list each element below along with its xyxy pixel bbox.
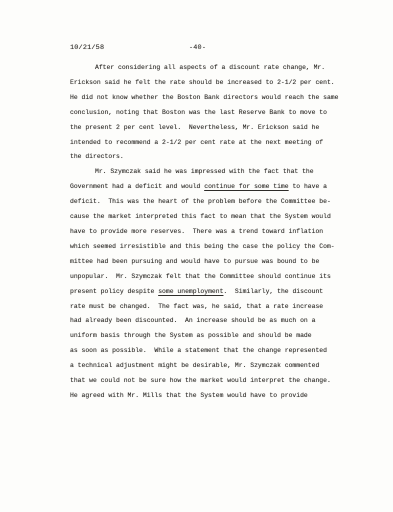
paragraph-1: After considering all aspects of a disco…: [70, 61, 362, 165]
page-number: -40-: [189, 44, 206, 53]
paragraph-2-text-2: to have a deficit. This was the heart of…: [70, 183, 335, 294]
document-body: After considering all aspects of a disco…: [70, 61, 362, 404]
underlined-phrase-1: continue for some time: [204, 183, 288, 190]
underlined-phrase-2: some unemployment: [158, 288, 223, 295]
document-page: 10/21/58-40- After considering all aspec…: [0, 0, 393, 512]
header-date: 10/21/58: [70, 44, 104, 53]
typewritten-sheet: 10/21/58-40- After considering all aspec…: [70, 44, 362, 404]
paragraph-2-text-3: . Similarly, the discount rate must be c…: [70, 288, 331, 399]
page-header: 10/21/58-40-: [70, 44, 362, 53]
paragraph-2: Mr. Szymczak said he was impressed with …: [70, 165, 362, 404]
